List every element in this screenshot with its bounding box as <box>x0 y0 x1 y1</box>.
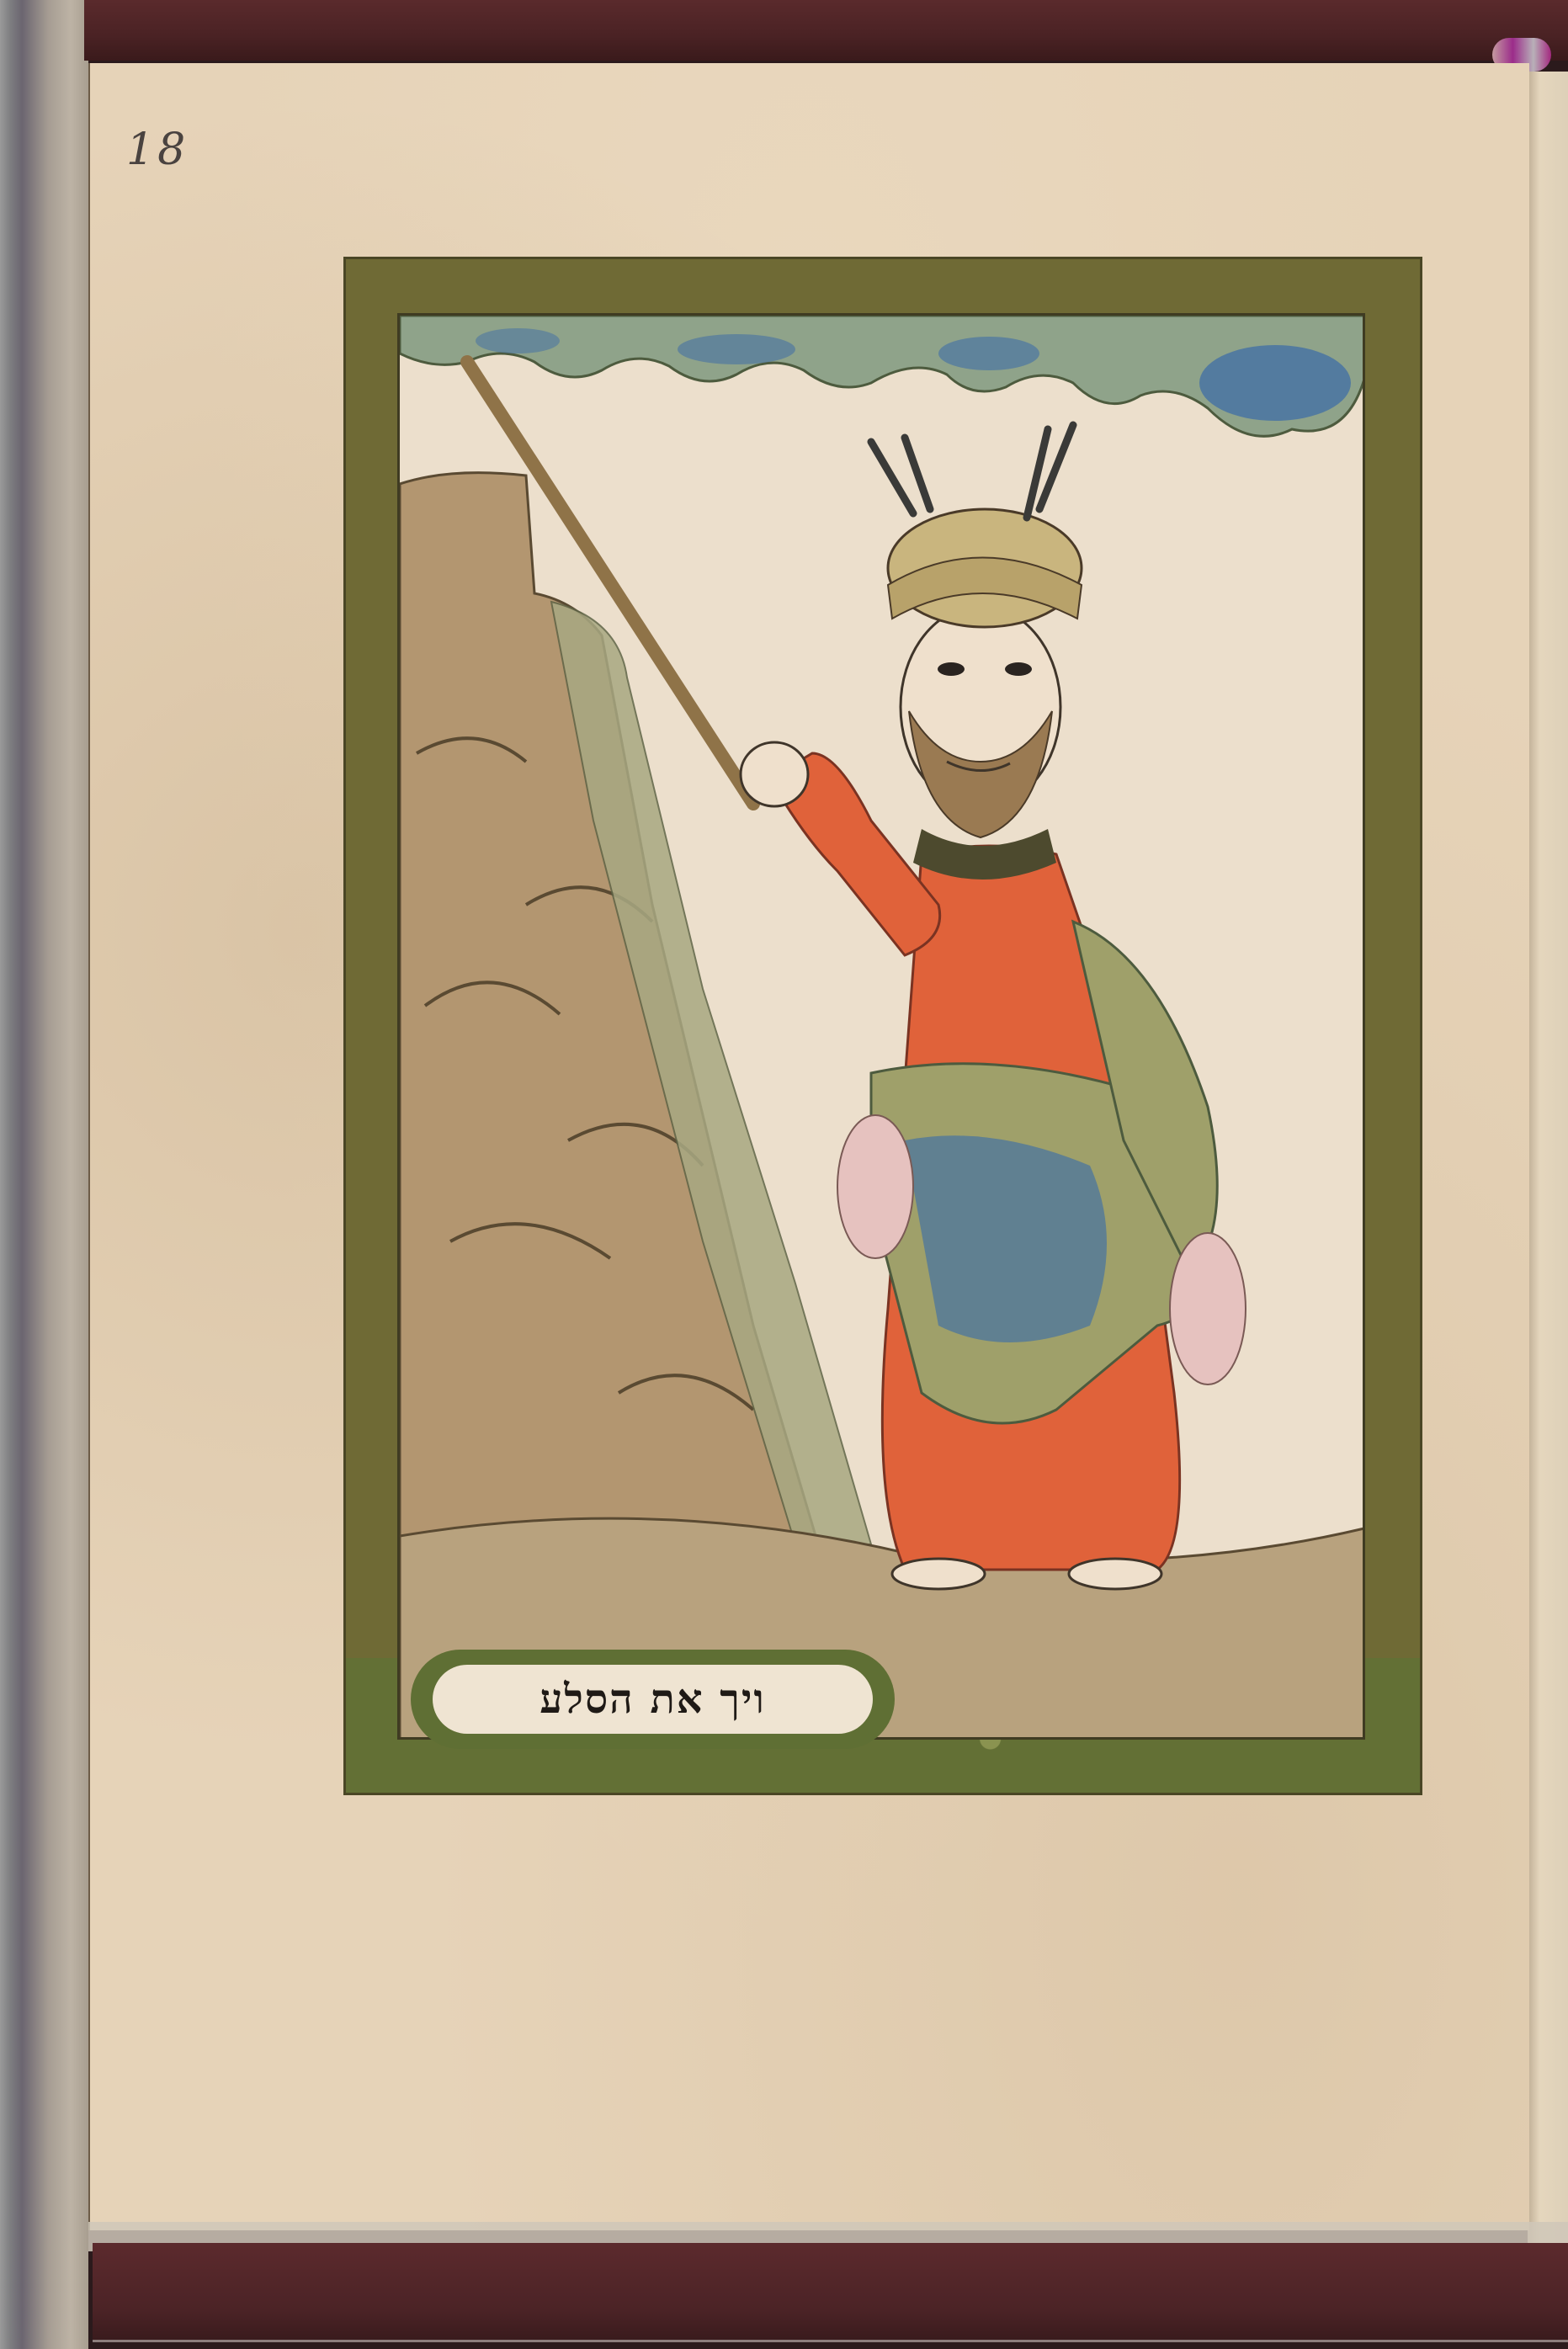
clouds <box>400 316 1365 436</box>
page-fore-edge <box>1528 72 1568 2243</box>
illustration <box>397 313 1365 1740</box>
caption-panel: ויך את הסלע <box>433 1665 873 1734</box>
illustration-artwork <box>400 316 1365 1740</box>
caption-text: ויך את הסלע <box>539 1676 766 1723</box>
leather-binding-top <box>84 0 1568 61</box>
caption-cartouche: ויך את הסלע <box>411 1650 895 1749</box>
page-number: 18 <box>126 125 189 175</box>
book-spine-edge <box>0 0 88 2349</box>
leather-binding-bottom <box>93 2243 1568 2342</box>
